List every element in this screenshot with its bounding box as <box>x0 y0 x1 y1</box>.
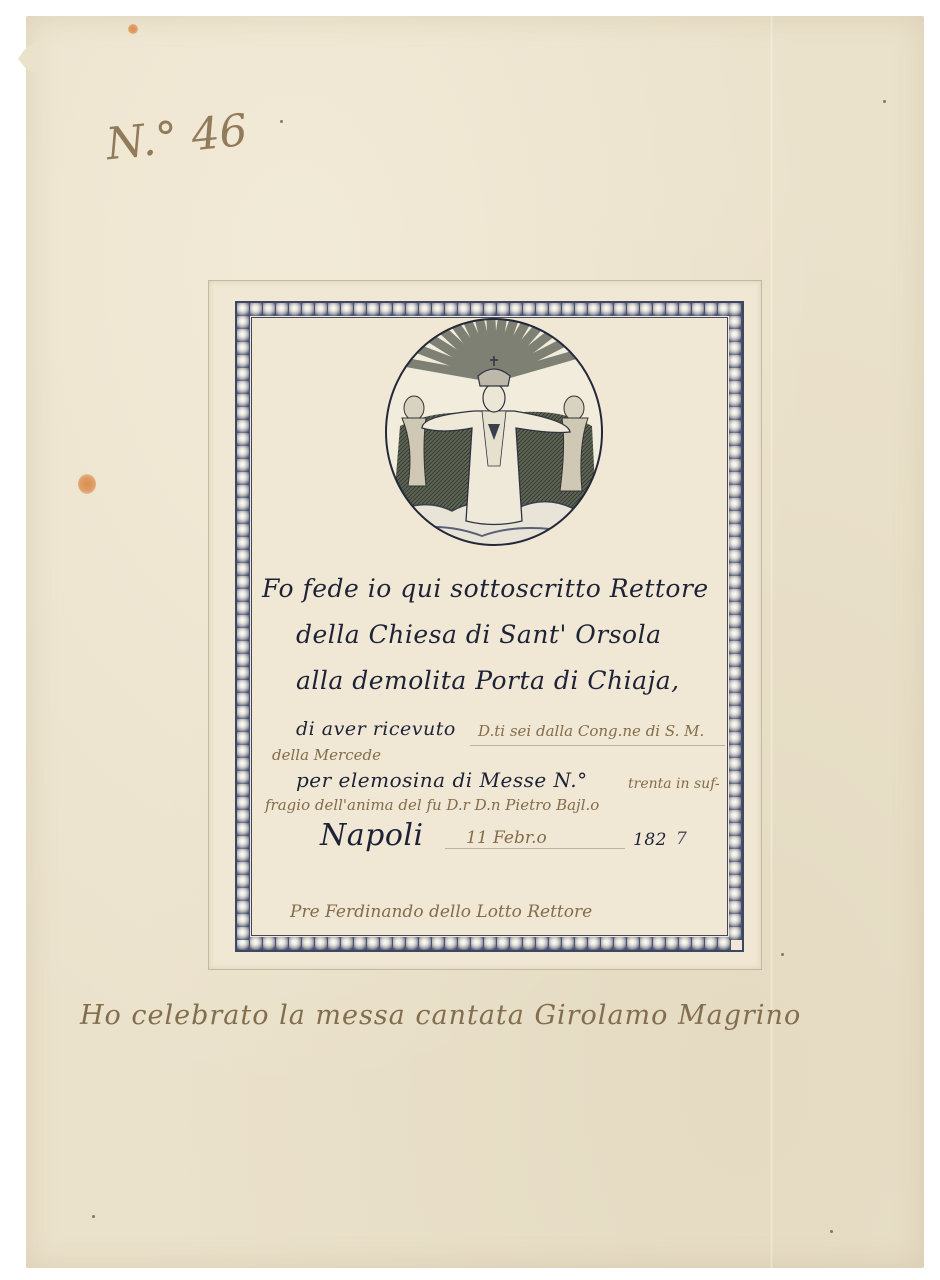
border-bead <box>536 303 549 316</box>
border-bead <box>445 937 458 950</box>
border-bead <box>328 937 341 950</box>
border-bead <box>575 937 588 950</box>
border-bead <box>237 875 250 888</box>
border-bead <box>367 303 380 316</box>
border-bead <box>523 937 536 950</box>
border-bead <box>729 810 742 823</box>
border-bead <box>729 862 742 875</box>
border-bead <box>510 937 523 950</box>
border-bead <box>679 303 692 316</box>
border-bead <box>380 937 393 950</box>
border-bead <box>679 937 692 950</box>
border-bead <box>237 368 250 381</box>
madonna-medallion-icon <box>382 316 607 548</box>
border-bead <box>729 355 742 368</box>
border-bead <box>588 937 601 950</box>
border-bead <box>237 381 250 394</box>
border-bead <box>729 485 742 498</box>
border-bead <box>237 706 250 719</box>
border-bead <box>237 914 250 927</box>
border-bead <box>237 589 250 602</box>
border-bead <box>315 303 328 316</box>
border-bead <box>601 937 614 950</box>
printed-year-prefix: 182 <box>633 830 667 850</box>
border-bead <box>692 937 705 950</box>
border-bead <box>237 433 250 446</box>
border-bead <box>276 937 289 950</box>
border-bead <box>237 927 250 940</box>
border-bead <box>237 654 250 667</box>
fill-line <box>470 745 725 746</box>
border-bead <box>302 303 315 316</box>
border-bead <box>458 937 471 950</box>
border-bead <box>718 303 731 316</box>
border-bead <box>523 303 536 316</box>
printed-line-4: di aver ricevuto <box>296 718 456 740</box>
manuscript-amount: D.ti sei dalla Cong.ne di S. M. <box>478 722 704 740</box>
border-bead <box>729 888 742 901</box>
border-bead <box>484 303 497 316</box>
border-bead <box>263 937 276 950</box>
border-bead <box>289 937 302 950</box>
border-bead <box>729 654 742 667</box>
border-bead <box>549 303 562 316</box>
border-bead <box>237 602 250 615</box>
border-bead <box>393 937 406 950</box>
border-bead <box>237 446 250 459</box>
border-bead <box>328 303 341 316</box>
border-bead <box>729 797 742 810</box>
border-bead <box>497 937 510 950</box>
border-bead <box>536 937 549 950</box>
border-bead <box>729 316 742 329</box>
border-bead <box>237 937 250 950</box>
border-bead <box>729 329 742 342</box>
border-bead <box>237 550 250 563</box>
border-bead <box>237 732 250 745</box>
border-bead <box>471 937 484 950</box>
border-bead <box>729 589 742 602</box>
border-bead <box>237 628 250 641</box>
paper-fold-line <box>770 16 773 1268</box>
border-bead <box>341 937 354 950</box>
border-bead <box>237 797 250 810</box>
manuscript-year-digit: 7 <box>676 829 687 849</box>
border-bead <box>237 420 250 433</box>
border-bead <box>354 937 367 950</box>
border-bead <box>627 937 640 950</box>
border-bead <box>237 862 250 875</box>
printed-line-5: per elemosina di Messe N.° <box>296 768 588 792</box>
border-bead <box>729 771 742 784</box>
border-bead <box>729 602 742 615</box>
border-bead <box>237 888 250 901</box>
border-bead <box>705 303 718 316</box>
border-bead <box>237 771 250 784</box>
border-bead <box>497 303 510 316</box>
border-bead <box>237 485 250 498</box>
border-bead <box>614 303 627 316</box>
border-bead <box>575 303 588 316</box>
border-bead <box>237 394 250 407</box>
border-bead <box>729 875 742 888</box>
border-bead <box>250 937 263 950</box>
border-bead <box>729 628 742 641</box>
border-bead <box>627 303 640 316</box>
border-bead <box>237 849 250 862</box>
border-bead <box>315 937 328 950</box>
border-bead <box>445 303 458 316</box>
border-bead <box>354 303 367 316</box>
border-bead <box>601 303 614 316</box>
border-bead <box>263 303 276 316</box>
border-bead <box>614 937 627 950</box>
border-bead <box>237 511 250 524</box>
printed-line-3: alla demolita Porta di Chiaja, <box>296 666 680 695</box>
border-bead <box>237 693 250 706</box>
border-bead <box>562 937 575 950</box>
border-bead <box>237 537 250 550</box>
border-bead <box>237 823 250 836</box>
border-bead <box>729 420 742 433</box>
border-bead <box>653 303 666 316</box>
border-bead <box>237 524 250 537</box>
border-bead <box>640 937 653 950</box>
border-bead <box>729 927 742 940</box>
border-bead <box>666 303 679 316</box>
border-bead <box>237 745 250 758</box>
border-bead <box>729 511 742 524</box>
border-bead <box>729 615 742 628</box>
paper-speck <box>280 120 283 123</box>
border-bead <box>237 472 250 485</box>
border-bead <box>237 810 250 823</box>
border-bead <box>692 303 705 316</box>
border-bead <box>250 303 263 316</box>
border-bead <box>653 937 666 950</box>
border-bead <box>432 303 445 316</box>
border-bead <box>729 550 742 563</box>
celebration-annotation: Ho celebrato la messa cantata Girolamo M… <box>80 1000 801 1031</box>
border-bead <box>729 641 742 654</box>
border-bead <box>729 342 742 355</box>
rector-signature: Pre Ferdinando dello Lotto Rettore <box>290 902 592 922</box>
border-bead <box>729 524 742 537</box>
border-bead <box>380 303 393 316</box>
border-bead <box>458 303 471 316</box>
manuscript-suffrage: fragio dell'anima del fu D.r D.n Pietro … <box>265 796 599 814</box>
border-bead <box>729 394 742 407</box>
paper-speck <box>92 1215 95 1218</box>
border-bead <box>729 537 742 550</box>
foxing-stain <box>78 474 96 494</box>
border-bead <box>666 937 679 950</box>
border-bead <box>237 758 250 771</box>
border-bead <box>237 459 250 472</box>
border-bead <box>406 937 419 950</box>
border-bead <box>549 937 562 950</box>
border-bead <box>729 680 742 693</box>
paper-speck <box>830 1230 833 1233</box>
border-bead <box>471 303 484 316</box>
border-bead <box>237 355 250 368</box>
paper-speck <box>781 953 784 956</box>
border-bead <box>237 576 250 589</box>
border-bead <box>237 316 250 329</box>
border-bead <box>729 901 742 914</box>
border-bead <box>729 823 742 836</box>
border-bead <box>302 937 315 950</box>
border-bead <box>237 342 250 355</box>
border-bead <box>729 472 742 485</box>
border-bead <box>510 303 523 316</box>
manuscript-date: 11 Febr.o <box>466 828 547 848</box>
border-bead <box>237 407 250 420</box>
border-bead <box>276 303 289 316</box>
paper-speck <box>883 100 886 103</box>
border-bead <box>237 784 250 797</box>
border-bead <box>729 381 742 394</box>
border-bead <box>237 836 250 849</box>
border-bead <box>419 303 432 316</box>
border-bead <box>237 901 250 914</box>
border-bead <box>406 303 419 316</box>
border-bead <box>718 937 731 950</box>
border-bead <box>729 784 742 797</box>
border-bead <box>289 303 302 316</box>
border-bead <box>237 719 250 732</box>
manuscript-masses-count: trenta in suf- <box>628 776 720 792</box>
border-bead <box>393 303 406 316</box>
border-bead <box>562 303 575 316</box>
border-bead <box>237 303 250 316</box>
border-bead <box>237 329 250 342</box>
border-bead <box>484 937 497 950</box>
border-bead <box>729 667 742 680</box>
border-bead <box>640 303 653 316</box>
border-bead <box>729 732 742 745</box>
border-bead <box>729 914 742 927</box>
border-bead <box>729 758 742 771</box>
border-bead <box>237 680 250 693</box>
border-bead <box>729 303 742 316</box>
border-bead <box>729 706 742 719</box>
border-bead <box>729 433 742 446</box>
printed-place: Napoli <box>320 818 424 853</box>
border-bead <box>729 446 742 459</box>
foxing-stain <box>128 24 138 34</box>
border-bead <box>729 498 742 511</box>
manuscript-confraternity: della Mercede <box>272 746 381 764</box>
border-bead <box>705 937 718 950</box>
border-bead <box>729 563 742 576</box>
border-bead <box>729 576 742 589</box>
border-bead <box>588 303 601 316</box>
border-bead <box>367 937 380 950</box>
border-bead <box>729 407 742 420</box>
border-bead <box>729 459 742 472</box>
border-bead <box>419 937 432 950</box>
border-bead <box>729 693 742 706</box>
border-bead <box>237 563 250 576</box>
border-bead <box>432 937 445 950</box>
border-bead <box>237 641 250 654</box>
border-bead <box>341 303 354 316</box>
border-bead <box>729 719 742 732</box>
fill-line <box>445 848 625 849</box>
printed-line-1: Fo fede io qui sottoscritto Rettore <box>262 574 709 603</box>
border-bead <box>237 498 250 511</box>
border-bead <box>729 368 742 381</box>
border-bead <box>237 615 250 628</box>
border-bead <box>729 849 742 862</box>
border-bead <box>237 667 250 680</box>
border-bead <box>729 836 742 849</box>
border-bead <box>237 303 250 316</box>
printed-line-2: della Chiesa di Sant' Orsola <box>296 620 662 649</box>
border-bead <box>729 745 742 758</box>
